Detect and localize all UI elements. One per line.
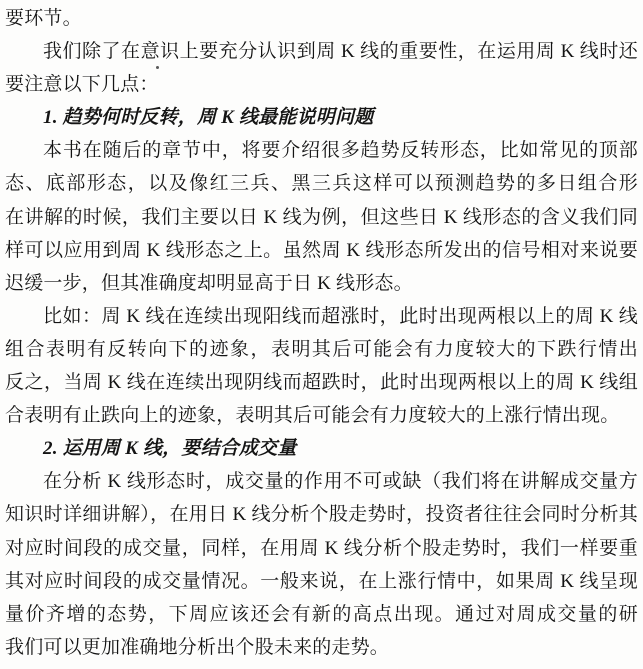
- section-heading: 1. 趋势何时反转，周 K 线最能说明问题: [5, 101, 638, 134]
- body-text-block: 要环节。我们除了在意识上要充分认识到周 K 线的重要性，在运用周 K 线时还要注…: [5, 2, 638, 664]
- text-line: 迟缓一步，但其准确度却明显高于日 K 线形态。: [5, 267, 638, 300]
- text-line: 要注意以下几点：: [5, 68, 638, 101]
- text-line: 知识时详细讲解），在用日 K 线分析个股走势时，投资者往往会同时分析其: [5, 498, 638, 531]
- text-line: 在讲解的时候，我们主要以日 K 线为例，但这些日 K 线形态的含义我们同: [5, 201, 638, 234]
- text-line: 反之，当周 K 线在连续出现阴线而超跌时，此时出现两根以上的周 K 线组: [5, 366, 638, 399]
- text-line: 量价齐增的态势，下周应该还会有新的高点出现。通过对周成交量的研判，: [5, 598, 638, 631]
- section-heading: 2. 运用周 K 线，要结合成交量: [5, 432, 638, 465]
- text-line: 对应时间段的成交量，同样，在用周 K 线分析个股走势时，我们一样要重视: [5, 532, 638, 565]
- text-line: 比如：周 K 线在连续出现阳线而超涨时，此时出现两根以上的周 K 线: [5, 300, 638, 333]
- text-line: 我们除了在意识上要充分认识到周 K 线的重要性，在运用周 K 线时还: [5, 35, 638, 68]
- text-line: 合表明有止跌向上的迹象，表明其后可能会有力度较大的上涨行情出现。: [5, 399, 638, 432]
- scanned-book-page: 要环节。我们除了在意识上要充分认识到周 K 线的重要性，在运用周 K 线时还要注…: [0, 0, 643, 669]
- text-line: 其对应时间段的成交量情况。一般来说，在上涨行情中，如果周 K 线呈现出: [5, 565, 638, 598]
- text-line: 样可以应用到周 K 线形态之上。虽然周 K 线形态所发出的信号相对来说要: [5, 234, 638, 267]
- text-line: 态、底部形态，以及像红三兵、黑三兵这样可以预测趋势的多日组合形态。: [5, 167, 638, 200]
- text-line: 在分析 K 线形态时，成交量的作用不可或缺（我们将在讲解成交量方面: [5, 465, 638, 498]
- text-line: 组合表明有反转向下的迹象，表明其后可能会有力度较大的下跌行情出现；: [5, 333, 638, 366]
- text-line: 本书在随后的章节中，将要介绍很多趋势反转形态，比如常见的顶部形: [5, 134, 638, 167]
- text-line: 我们可以更加准确地分析出个股未来的走势。: [5, 631, 638, 664]
- text-line: 要环节。: [5, 2, 638, 35]
- scan-artifact-dot: [156, 66, 159, 69]
